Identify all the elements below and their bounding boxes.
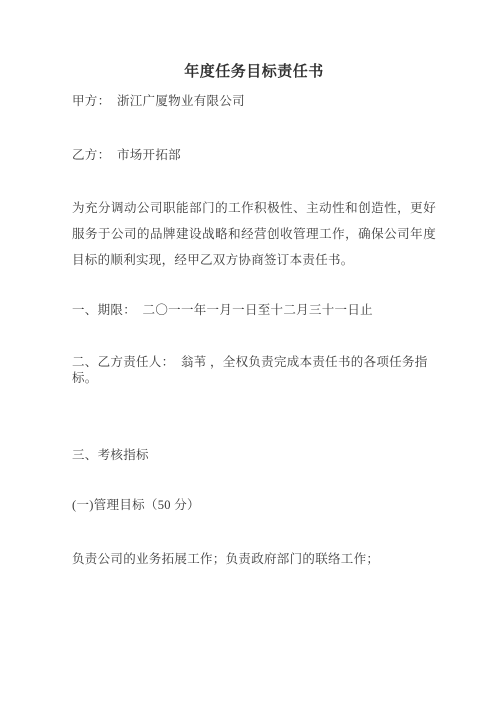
assessment-section-heading: 三、考核指标 xyxy=(72,447,436,463)
intro-paragraph: 为充分调动公司职能部门的工作积极性、主动性和创造性，更好服务于公司的品牌建设战略… xyxy=(72,195,436,273)
document-page: 年度任务目标责任书 甲方： 浙江广厦物业有限公司 乙方： 市场开拓部 为充分调动… xyxy=(0,0,500,708)
duties-line: 负责公司的业务拓展工作；负责政府部门的联络工作； xyxy=(72,551,436,567)
party-a-line: 甲方： 浙江广厦物业有限公司 xyxy=(72,93,436,109)
document-title: 年度任务目标责任书 xyxy=(72,0,436,82)
party-b-line: 乙方： 市场开拓部 xyxy=(72,147,436,163)
term-line: 一、期限： 二〇一一年一月一日至十二月三十一日止 xyxy=(72,302,436,318)
responsible-person-line: 二、乙方责任人： 翁苇 ，全权负责完成本责任书的各项任务指标。 xyxy=(72,354,436,386)
management-target-line: (一)管理目标（50 分） xyxy=(72,497,436,513)
